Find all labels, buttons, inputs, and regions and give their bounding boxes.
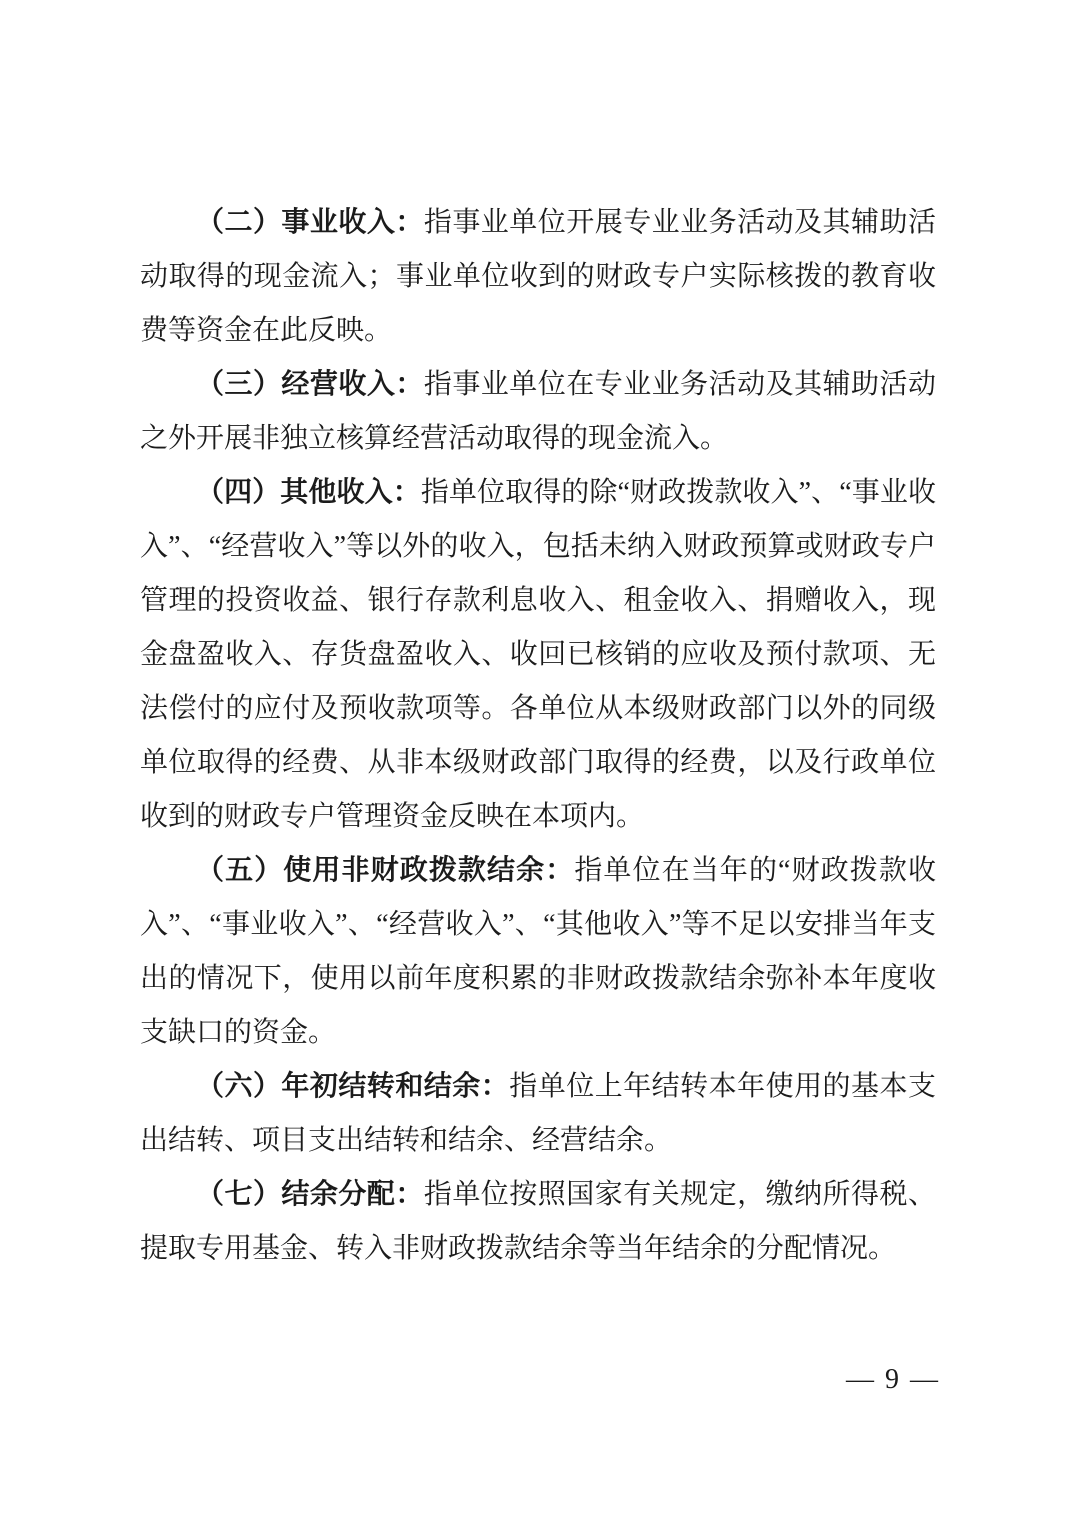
document-body: （二）事业收入：指事业单位开展专业业务活动及其辅助活动取得的现金流入；事业单位收…: [140, 196, 936, 1276]
paragraph-lead: （二）事业收入：: [196, 207, 424, 238]
paragraph-item-5: （五）使用非财政拨款结余：指单位在当年的“财政拨款收入”、“事业收入”、“经营收…: [140, 844, 936, 1060]
paragraph-item-7: （七）结余分配：指单位按照国家有关规定，缴纳所得税、提取专用基金、转入非财政拨款…: [140, 1168, 936, 1276]
paragraph-lead: （六）年初结转和结余：: [196, 1071, 509, 1102]
paragraph-lead: （三）经营收入：: [196, 369, 424, 400]
paragraph-lead: （七）结余分配：: [196, 1179, 424, 1210]
paragraph-item-3: （三）经营收入：指事业单位在专业业务活动及其辅助活动之外开展非独立核算经营活动取…: [140, 358, 936, 466]
page-number: — 9 —: [846, 1364, 940, 1396]
paragraph-item-2: （二）事业收入：指事业单位开展专业业务活动及其辅助活动取得的现金流入；事业单位收…: [140, 196, 936, 358]
paragraph-lead: （四）其他收入：: [196, 477, 421, 508]
paragraph-lead: （五）使用非财政拨款结余：: [196, 855, 574, 886]
paragraph-item-6: （六）年初结转和结余：指单位上年结转本年使用的基本支出结转、项目支出结转和结余、…: [140, 1060, 936, 1168]
paragraph-body: 指单位取得的除“财政拨款收入”、“事业收入”、“经营收入”等以外的收入，包括未纳…: [140, 477, 936, 832]
document-page: （二）事业收入：指事业单位开展专业业务活动及其辅助活动取得的现金流入；事业单位收…: [0, 0, 1075, 1520]
paragraph-item-4: （四）其他收入：指单位取得的除“财政拨款收入”、“事业收入”、“经营收入”等以外…: [140, 466, 936, 844]
